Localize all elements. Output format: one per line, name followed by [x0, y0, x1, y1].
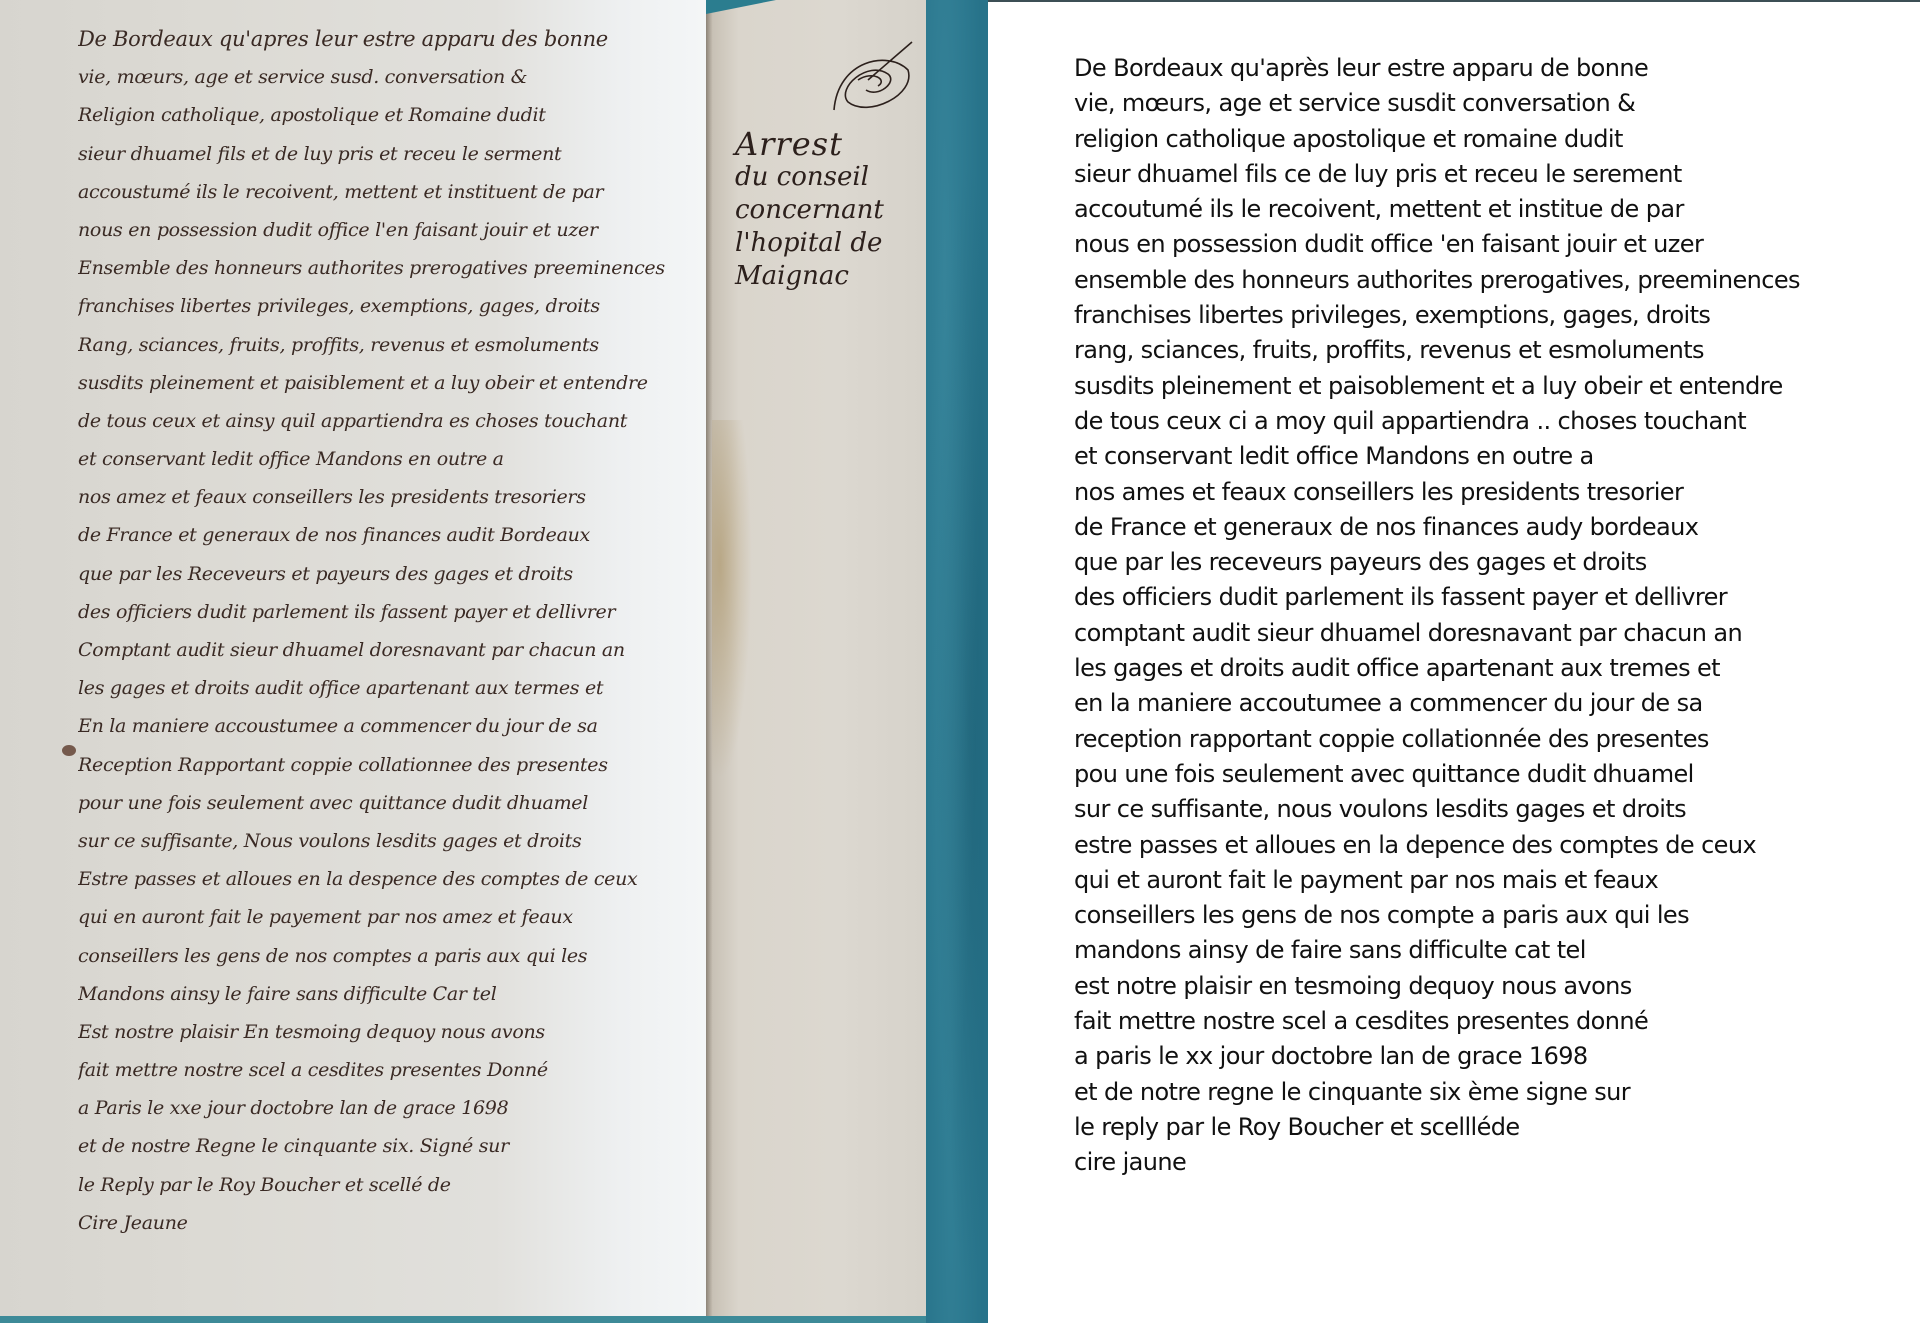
cover-bottom-edge	[0, 1316, 926, 1323]
transcription-line: et de notre regne le cinquante six ème s…	[1074, 1075, 1800, 1110]
manuscript-line: sieur dhuamel fils et de luy pris et rec…	[78, 135, 698, 173]
manuscript-line: accoustumé ils le recoivent, mettent et …	[78, 173, 698, 211]
transcription-line: mandons ainsy de faire sans difficulte c…	[1074, 933, 1800, 968]
transcription-line: reception rapportant coppie collationnée…	[1074, 722, 1800, 757]
manuscript-line: que par les Receveurs et payeurs des gag…	[78, 555, 698, 593]
manuscript-line: nous en possession dudit office l'en fai…	[78, 211, 698, 249]
margin-note-title: Arrest	[735, 128, 925, 161]
transcription-panel: De Bordeaux qu'après leur estre apparu d…	[988, 0, 1920, 1323]
transcription-line: de tous ceux ci a moy quil appartiendra …	[1074, 404, 1800, 439]
manuscript-line: sur ce suffisante, Nous voulons lesdits …	[78, 822, 698, 860]
transcription-line: fait mettre nostre scel a cesdites prese…	[1074, 1004, 1800, 1039]
manuscript-line: nos amez et feaux conseillers les presid…	[78, 478, 698, 516]
margin-note-line: du conseil	[735, 161, 925, 194]
manuscript-line: fait mettre nostre scel a cesdites prese…	[78, 1051, 698, 1089]
binder-cover	[926, 0, 988, 1323]
transcription-line: a paris le xx jour doctobre lan de grace…	[1074, 1039, 1800, 1074]
manuscript-handwriting: De Bordeaux qu'apres leur estre apparu d…	[78, 20, 698, 1242]
transcription-line: que par les receveurs payeurs des gages …	[1074, 545, 1800, 580]
transcription-line: sieur dhuamel fils ce de luy pris et rec…	[1074, 157, 1800, 192]
transcription-line: rang, sciances, fruits, proffits, revenu…	[1074, 333, 1800, 368]
manuscript-line: les gages et droits audit office aparten…	[78, 669, 698, 707]
manuscript-line: et de nostre Regne le cinquante six. Sig…	[78, 1127, 698, 1165]
manuscript-line: Cire Jeaune	[78, 1204, 698, 1242]
manuscript-line: Comptant audit sieur dhuamel doresnavant…	[78, 631, 698, 669]
transcription-line: le reply par le Roy Boucher et scellléde	[1074, 1110, 1800, 1145]
paraph-flourish-icon	[828, 40, 916, 120]
transcription-line: sur ce suffisante, nous voulons lesdits …	[1074, 792, 1800, 827]
transcription-line: De Bordeaux qu'après leur estre apparu d…	[1074, 51, 1800, 86]
manuscript-photo: De Bordeaux qu'apres leur estre apparu d…	[0, 0, 988, 1323]
manuscript-line: Est nostre plaisir En tesmoing dequoy no…	[78, 1013, 698, 1051]
paper-stain	[712, 420, 752, 780]
manuscript-line: Religion catholique, apostolique et Roma…	[78, 96, 698, 134]
transcription-line: comptant audit sieur dhuamel doresnavant…	[1074, 616, 1800, 651]
manuscript-line: En la maniere accoustumee a commencer du…	[78, 707, 698, 745]
transcription-line: est notre plaisir en tesmoing dequoy nou…	[1074, 969, 1800, 1004]
manuscript-line: Estre passes et alloues en la despence d…	[78, 860, 698, 898]
transcription-line: religion catholique apostolique et romai…	[1074, 122, 1800, 157]
transcription-line: estre passes et alloues en la depence de…	[1074, 828, 1800, 863]
transcription-line: qui et auront fait le payment par nos ma…	[1074, 863, 1800, 898]
ink-blot	[62, 745, 76, 756]
margin-note-line: Maignac	[735, 260, 925, 293]
transcription-text: De Bordeaux qu'après leur estre apparu d…	[1074, 51, 1800, 1181]
manuscript-line: susdits pleinement et paisiblement et a …	[78, 364, 698, 402]
manuscript-line: de tous ceux et ainsy quil appartiendra …	[78, 402, 698, 440]
transcription-line: vie, mœurs, age et service susdit conver…	[1074, 86, 1800, 121]
transcription-line: et conservant ledit office Mandons en ou…	[1074, 439, 1800, 474]
manuscript-line: Ensemble des honneurs authorites preroga…	[78, 249, 698, 287]
manuscript-line: De Bordeaux qu'apres leur estre apparu d…	[78, 20, 698, 58]
margin-note-line: concernant	[735, 194, 925, 227]
manuscript-line: vie, mœurs, age et service susd. convers…	[78, 58, 698, 96]
transcription-line: en la maniere accoutumee a commencer du …	[1074, 686, 1800, 721]
transcription-line: nous en possession dudit office 'en fais…	[1074, 227, 1800, 262]
manuscript-line: qui en auront fait le payement par nos a…	[78, 898, 698, 936]
transcription-line: accoutumé ils le recoivent, mettent et i…	[1074, 192, 1800, 227]
manuscript-line: le Reply par le Roy Boucher et scellé de	[78, 1166, 698, 1204]
margin-note: Arrest du conseil concernant l'hopital d…	[735, 128, 925, 293]
manuscript-line: de France et generaux de nos finances au…	[78, 516, 698, 554]
manuscript-line: Reception Rapportant coppie collationnee…	[78, 746, 698, 784]
transcription-line: franchises libertes privileges, exemptio…	[1074, 298, 1800, 333]
manuscript-line: Mandons ainsy le faire sans difficulte C…	[78, 975, 698, 1013]
manuscript-line: des officiers dudit parlement ils fassen…	[78, 593, 698, 631]
manuscript-line: a Paris le xxe jour doctobre lan de grac…	[78, 1089, 698, 1127]
manuscript-line: Rang, sciances, fruits, proffits, revenu…	[78, 326, 698, 364]
transcription-line: de France et generaux de nos finances au…	[1074, 510, 1800, 545]
transcription-line: susdits pleinement et paisoblement et a …	[1074, 369, 1800, 404]
transcription-line: nos ames et feaux conseillers les presid…	[1074, 475, 1800, 510]
margin-note-line: l'hopital de	[735, 227, 925, 260]
transcription-line: conseillers les gens de nos compte a par…	[1074, 898, 1800, 933]
manuscript-line: et conservant ledit office Mandons en ou…	[78, 440, 698, 478]
manuscript-line: pour une fois seulement avec quittance d…	[78, 784, 698, 822]
manuscript-line: franchises libertes privileges, exemptio…	[78, 287, 698, 325]
transcription-line: des officiers dudit parlement ils fassen…	[1074, 580, 1800, 615]
transcription-line: les gages et droits audit office aparten…	[1074, 651, 1800, 686]
transcription-line: ensemble des honneurs authorites preroga…	[1074, 263, 1800, 298]
transcription-line: cire jaune	[1074, 1145, 1800, 1180]
manuscript-line: conseillers les gens de nos comptes a pa…	[78, 937, 698, 975]
transcription-line: pou une fois seulement avec quittance du…	[1074, 757, 1800, 792]
